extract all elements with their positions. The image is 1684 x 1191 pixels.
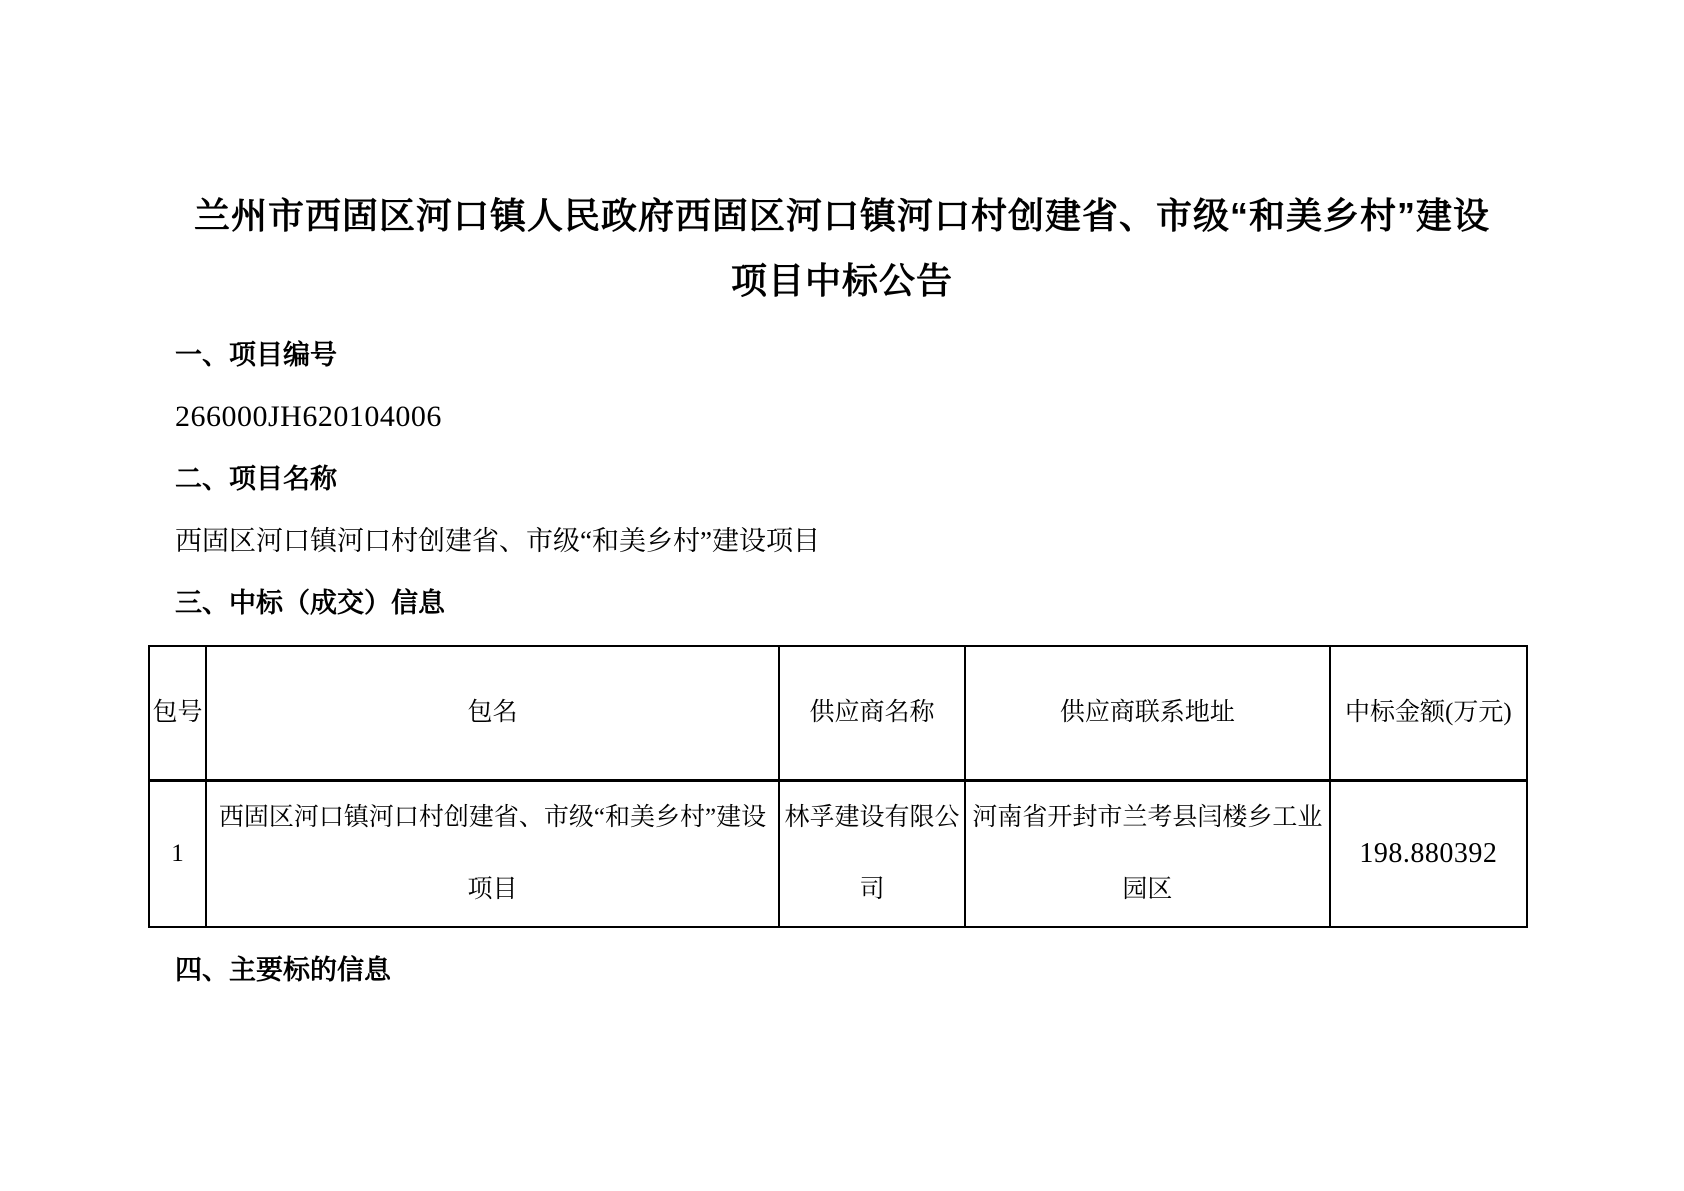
table-header-row: 包号 包名 供应商名称 供应商联系地址 中标金额(万元) <box>149 646 1527 780</box>
section-heading-award-info: 三、中标（成交）信息 <box>175 583 1684 623</box>
document-title: 兰州市西固区河口镇人民政府西固区河口镇河口村创建省、市级“和美乡村”建设项目中标… <box>140 183 1544 313</box>
section-heading-project-number: 一、项目编号 <box>175 335 1684 375</box>
col-header-supplier-name: 供应商名称 <box>779 646 965 780</box>
col-header-supplier-address: 供应商联系地址 <box>965 646 1330 780</box>
project-name-value: 西固区河口镇河口村创建省、市级“和美乡村”建设项目 <box>175 521 1684 561</box>
section-heading-project-name: 二、项目名称 <box>175 459 1684 499</box>
announcement-document: 兰州市西固区河口镇人民政府西固区河口镇河口村创建省、市级“和美乡村”建设项目中标… <box>0 0 1684 990</box>
col-header-package-name: 包名 <box>206 646 779 780</box>
col-header-package-no: 包号 <box>149 646 206 780</box>
document-title-line2: 项目中标公告 <box>731 260 953 301</box>
section-heading-main-subject-info: 四、主要标的信息 <box>175 950 1684 990</box>
cell-award-amount: 198.880392 <box>1330 780 1527 927</box>
document-page: 兰州市西固区河口镇人民政府西固区河口镇河口村创建省、市级“和美乡村”建设项目中标… <box>0 0 1684 1191</box>
table-row: 1 西固区河口镇河口村创建省、市级“和美乡村”建设项目 林孚建设有限公司 河南省… <box>149 780 1527 927</box>
award-info-table: 包号 包名 供应商名称 供应商联系地址 中标金额(万元) 1 西固区河口镇河口村… <box>148 645 1528 928</box>
col-header-award-amount: 中标金额(万元) <box>1330 646 1527 780</box>
document-title-line1: 兰州市西固区河口镇人民政府西固区河口镇河口村创建省、市级“和美乡村”建设 <box>194 195 1490 236</box>
cell-supplier-name: 林孚建设有限公司 <box>779 780 965 927</box>
cell-package-name: 西固区河口镇河口村创建省、市级“和美乡村”建设项目 <box>206 780 779 927</box>
project-number-value: 266000JH620104006 <box>175 397 1684 437</box>
cell-package-no: 1 <box>149 780 206 927</box>
cell-supplier-address: 河南省开封市兰考县闫楼乡工业园区 <box>965 780 1330 927</box>
